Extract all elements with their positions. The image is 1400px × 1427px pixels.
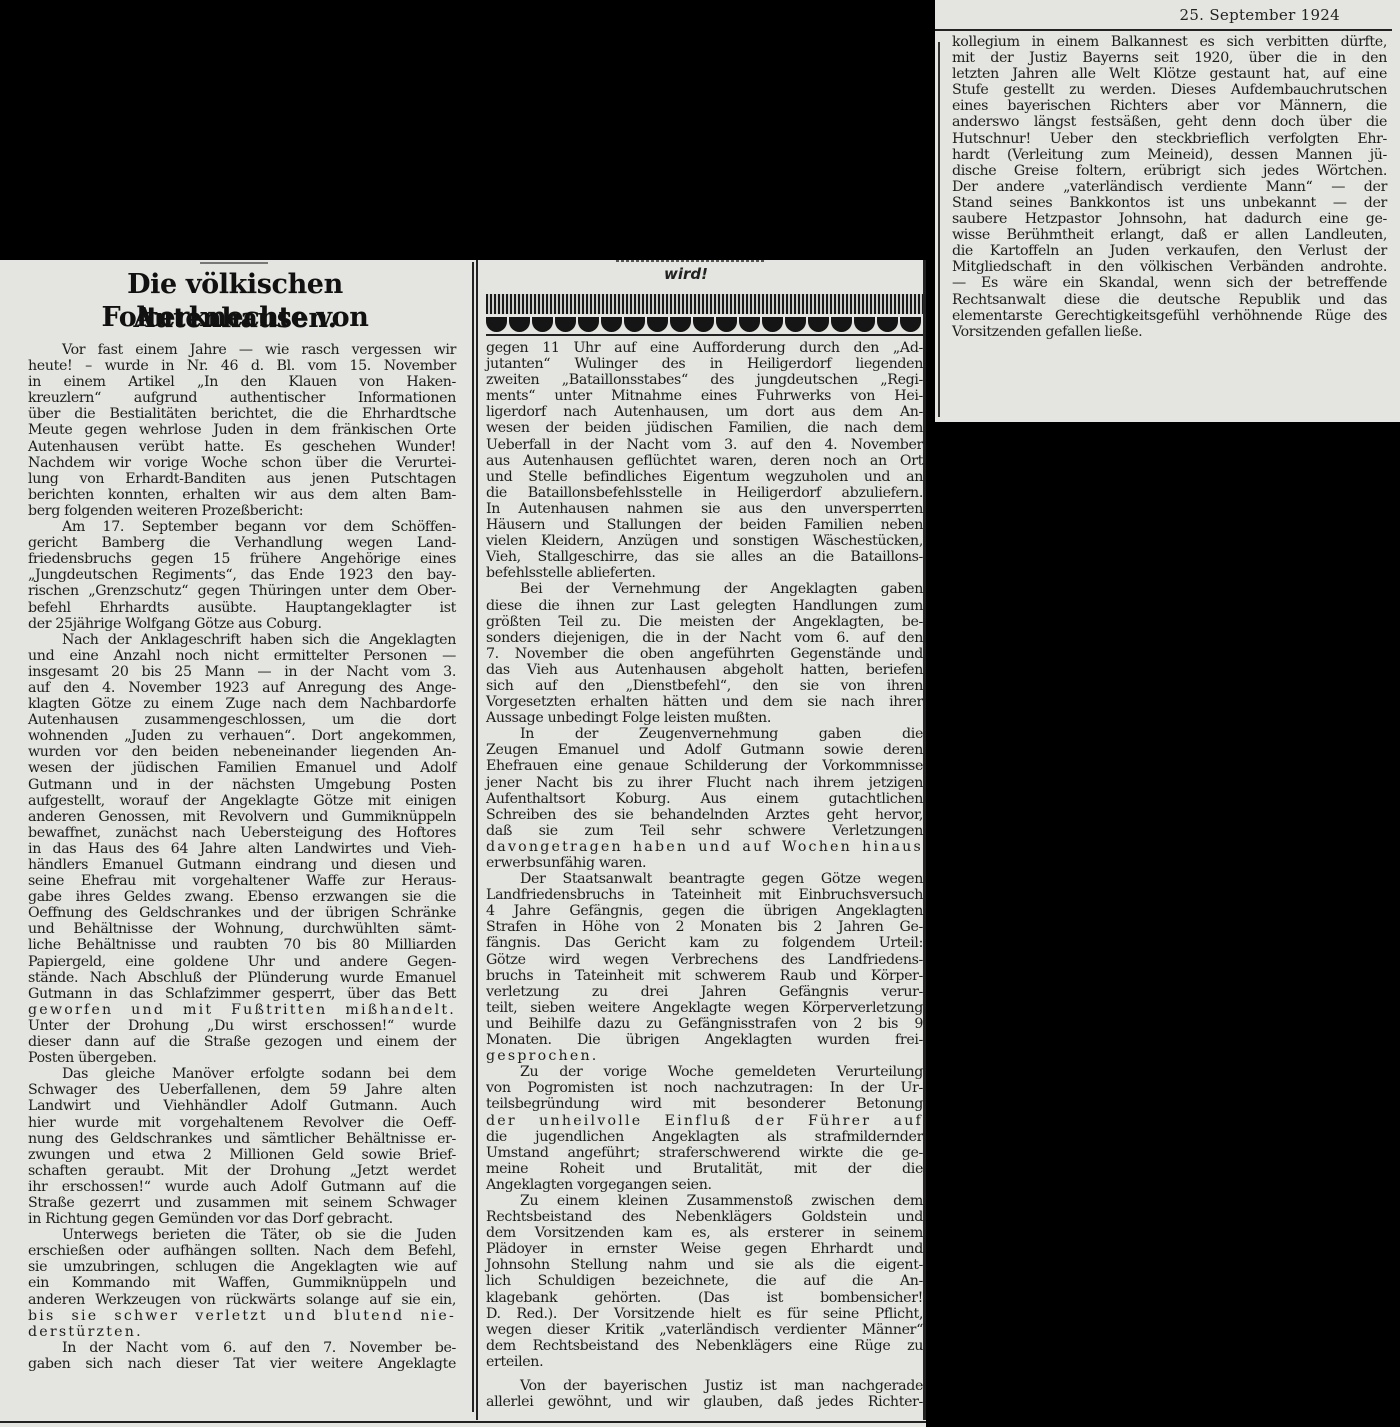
text-line: — Es wäre ein Skandal, wenn sich der bet… xyxy=(952,275,1387,291)
text-line: gesprochen. xyxy=(486,1048,923,1064)
text-line: fängnis. Das Gericht kam zu folgendem Ur… xyxy=(486,935,923,951)
article-headline-continued: Autenhausen. xyxy=(20,302,450,335)
clipping-continuation: 25. September 1924 kollegium in einem Ba… xyxy=(935,0,1400,422)
text-line: Nach der Anklageschrift haben sich die A… xyxy=(28,632,456,648)
text-line: Schreiben des sie behandelnden Arztes ge… xyxy=(486,807,923,823)
text-line: wurden vor den beiden nebeneinander lieg… xyxy=(28,744,456,760)
text-line: In der Zeugenvernehmung gaben die xyxy=(486,726,923,742)
text-line: wohnenden „Juden zu verhauen“. Dort ange… xyxy=(28,728,456,744)
text-line: In Autenhausen nahmen sie aus den unvers… xyxy=(486,501,923,517)
text-line: ligerdorf nach Autenhausen, um dort aus … xyxy=(486,404,923,420)
text-line: erteilen. xyxy=(486,1354,923,1370)
text-line: Rechtsbeistand des Nebenklägers Goldstei… xyxy=(486,1209,923,1225)
cut-heading-fragment: wird! xyxy=(476,265,896,283)
text-line: zwungen und etwa 2 Millionen Geld sowie … xyxy=(28,1147,456,1163)
text-line: Unterwegs berieten die Täter, ob sie die… xyxy=(28,1227,456,1243)
text-line: in das Haus des 64 Jahre alten Landwirte… xyxy=(28,841,456,857)
article-continuation: wird! gegen 11 Uhr auf eine Aufforderung… xyxy=(476,260,926,1427)
column-rule xyxy=(938,42,940,417)
text-line: gericht Bamberg die Verhandlung wegen La… xyxy=(28,535,456,551)
column-rule xyxy=(472,262,474,1412)
text-line: saubere Hetzpastor Johnsohn, hat dadurch… xyxy=(952,211,1387,227)
text-line: Mitgliedschaft in den völkischen Verbänd… xyxy=(952,259,1387,275)
text-line: Meute gegen wehrlose Juden in dem fränki… xyxy=(28,422,456,438)
cut-off-heading xyxy=(616,260,766,262)
text-line: Vieh, Stallgeschirre, das sie alles an d… xyxy=(486,549,923,565)
text-line: Autenhausen zusammengeschlossen, um die … xyxy=(28,712,456,728)
text-line: berg folgenden weiteren Prozeßbericht: xyxy=(28,503,456,519)
paragraph-second-attack: Das gleiche Manöver erfolgte sodann bei … xyxy=(28,1066,456,1227)
text-line: teilsbegründung wird mit besonderer Beto… xyxy=(486,1096,923,1112)
text-line: und Behältnisse der Wohnung, durchwühlte… xyxy=(28,921,456,937)
text-line: Aussage unbedingt Folge leisten mußten. xyxy=(486,710,923,726)
text-line: Landwirt und Viehhändler Adolf Gutmann. … xyxy=(28,1098,456,1114)
text-line: Unter der Drohung „Du wirst erschossen!“… xyxy=(28,1018,456,1034)
text-line: befehl Ehrhardts ausübte. Hauptangeklagt… xyxy=(28,600,456,616)
text-line: In der Nacht vom 6. auf den 7. November … xyxy=(28,1340,456,1356)
text-line: kreuzlern“ aufgrund authentischer Inform… xyxy=(28,390,456,406)
text-line: dem Rechtsbeistand des Nebenklägers eine… xyxy=(486,1338,923,1354)
text-line: von Pogromisten ist noch nachzutragen: I… xyxy=(486,1080,923,1096)
text-line: liche Behältnisse und raubten 70 bis 80 … xyxy=(28,937,456,953)
text-line: Zeugen Emanuel und Adolf Gutmann sowie d… xyxy=(486,742,923,758)
text-line: die Bataillonsbefehlsstelle in Heiligerd… xyxy=(486,485,923,501)
text-line: wegen dieser Kritik „vaterländisch verdi… xyxy=(486,1322,923,1338)
text-line: letzten Jahren alle Welt Klötze gestaunt… xyxy=(952,66,1387,82)
text-line: insgesamt 20 bis 25 Mann — in der Nacht … xyxy=(28,664,456,680)
column-rule-right xyxy=(923,260,926,1420)
header-rule xyxy=(935,29,1392,31)
paragraph-reasoning: Zu der vorige Woche gemeldeten Verurteil… xyxy=(486,1064,923,1193)
paragraph-intro: Vor fast einem Jahre — wie rasch vergess… xyxy=(28,342,456,519)
text-line: Das gleiche Manöver erfolgte sodann bei … xyxy=(28,1066,456,1082)
text-line: heute! – wurde in Nr. 46 d. Bl. vom 15. … xyxy=(28,358,456,374)
text-line: Vorgesetzten erhalten hätten und dem sie… xyxy=(486,694,923,710)
text-line: dem Vorsitzenden kam es, als ersterer in… xyxy=(486,1225,923,1241)
text-line: sonders diejenigen, die in der Nacht vom… xyxy=(486,630,923,646)
text-line: und eine Anzahl noch nicht ermittelter P… xyxy=(28,648,456,664)
text-line: wesen der jüdischen Familien Emanuel und… xyxy=(28,760,456,776)
text-line: Straße gezerrt und zusammen mit seinem S… xyxy=(28,1195,456,1211)
text-line: klagten Götze zu einem Zuge nach dem Nac… xyxy=(28,696,456,712)
text-line: dieser dann auf die Straße gezogen und e… xyxy=(28,1034,456,1050)
ornament-bars xyxy=(486,294,923,314)
text-line: Johnsohn Stellung nahm und sie als die e… xyxy=(486,1257,923,1273)
text-line: Am 17. September begann vor dem Schöffen… xyxy=(28,519,456,535)
text-line: Der Staatsanwalt beantragte gegen Götze … xyxy=(486,871,923,887)
paragraph-indictment: Nach der Anklageschrift haben sich die A… xyxy=(28,632,456,1067)
text-line: verletzung zu drei Jahren Gefängnis veru… xyxy=(486,984,923,1000)
text-line: ein Kommando mit Waffen, Gummiknüppeln u… xyxy=(28,1275,456,1291)
bottom-rule xyxy=(476,1421,926,1423)
text-line: lich Schuldigen bezeichnete, die auf die… xyxy=(486,1273,923,1289)
text-line: bis sie schwer verletzt und blutend nie- xyxy=(28,1308,456,1324)
text-line: jener Nacht bis zu ihrer Flucht nach ihr… xyxy=(486,775,923,791)
text-line: Vor fast einem Jahre — wie rasch vergess… xyxy=(28,342,456,358)
text-line: anderen Werkzeugen von rückwärts solange… xyxy=(28,1292,456,1308)
text-line: D. Red.). Der Vorsitzende hielt es für s… xyxy=(486,1306,923,1322)
text-line: hardt (Verleitung zum Meineid), dessen M… xyxy=(952,147,1387,163)
text-line: jutanten“ Wulinger des in Heiligerdorf l… xyxy=(486,356,923,372)
text-line: berichten konnten, erhalten wir aus dem … xyxy=(28,487,456,503)
text-line: Angeklagten vorgegangen seien. xyxy=(486,1177,923,1193)
text-line: Aufenthaltsort Koburg. Aus einem gutacht… xyxy=(486,791,923,807)
text-line: und Stelle befindliches Eigentum wegzuho… xyxy=(486,469,923,485)
paragraph-looting: gegen 11 Uhr auf eine Aufforderung durch… xyxy=(486,340,923,581)
text-line: allerlei gewöhnt, und wir glauben, daß j… xyxy=(486,1394,923,1410)
text-line: ments“ unter Mitnahme eines Fuhrwerks vo… xyxy=(486,388,923,404)
article-body: Vor fast einem Jahre — wie rasch vergess… xyxy=(28,342,456,1372)
text-line: Rechtsanwalt diese die deutsche Republik… xyxy=(952,292,1387,308)
article-clipping: Die völkischen Folterknechte von Autenha… xyxy=(0,260,476,1427)
text-line: Gutmann und in der nächsten Umgebung Pos… xyxy=(28,777,456,793)
text-line: Zu der vorige Woche gemeldeten Verurteil… xyxy=(486,1064,923,1080)
text-line: Schwager des Ueberfallenen, dem 59 Jahre… xyxy=(28,1082,456,1098)
continuation-body: gegen 11 Uhr auf eine Aufforderung durch… xyxy=(486,340,923,1410)
text-line: daß sie zum Teil sehr schwere Verletzung… xyxy=(486,823,923,839)
text-line: nung des Geldschrankes und sämtlicher Be… xyxy=(28,1131,456,1147)
issue-date: 25. September 1924 xyxy=(1180,6,1341,24)
text-line: Ehefrauen eine genaue Schilderung der Vo… xyxy=(486,758,923,774)
paragraph-witnesses: In der Zeugenvernehmung gaben die Zeugen… xyxy=(486,726,923,871)
text-line: stände. Nach Abschluß der Plünderung wur… xyxy=(28,970,456,986)
text-line: Von der bayerischen Justiz ist man nachg… xyxy=(486,1378,923,1394)
paragraph-bavarian-justice: Von der bayerischen Justiz ist man nachg… xyxy=(486,1378,923,1410)
text-line: 4 Jahre Gefängnis, gegen die übrigen Ang… xyxy=(486,903,923,919)
text-line: Stufe gestellt zu werden. Dieses Aufdemb… xyxy=(952,82,1387,98)
text-line: schaften geraubt. Mit der Drohung „Jetzt… xyxy=(28,1163,456,1179)
text-line: Bei der Vernehmung der Angeklagten gaben xyxy=(486,581,923,597)
text-line: Strafen in Höhe von 2 Monaten bis 2 Jahr… xyxy=(486,919,923,935)
paragraph-night: In der Nacht vom 6. auf den 7. November … xyxy=(28,1340,456,1372)
text-line: lung von Erhardt-Banditen aus jenen Puts… xyxy=(28,471,456,487)
text-line: Götze wird wegen Verbrechens des Landfri… xyxy=(486,952,923,968)
text-line: größten Teil zu. Die meisten der Angekla… xyxy=(486,614,923,630)
text-line: Umstand angeführt; straferschwerend wirk… xyxy=(486,1145,923,1161)
text-line: Posten übergeben. xyxy=(28,1050,456,1066)
continuation-text: kollegium in einem Balkannest es sich ve… xyxy=(952,34,1387,340)
column-rule-left xyxy=(476,260,478,1420)
text-line: gegen 11 Uhr auf eine Aufforderung durch… xyxy=(486,340,923,356)
text-line: in Richtung gegen Gemünden vor das Dorf … xyxy=(28,1211,456,1227)
text-line: Ueberfall in der Nacht vom 3. auf den 4.… xyxy=(486,437,923,453)
paragraph-trial: Am 17. September begann vor dem Schöffen… xyxy=(28,519,456,632)
text-line: seine Ehefrau mit vorgehaltener Waffe zu… xyxy=(28,873,456,889)
text-line: die Kartoffeln an Juden verkaufen, den V… xyxy=(952,243,1387,259)
text-line: auf den 4. November 1923 auf Anregung de… xyxy=(28,680,456,696)
text-line: händlers Emanuel Gutmann eindrang und di… xyxy=(28,857,456,873)
text-line: kollegium in einem Balkannest es sich ve… xyxy=(952,34,1387,50)
text-line: vielen Kleidern, Anzügen und sonstigen W… xyxy=(486,533,923,549)
text-line: meine Roheit und Brutalität, mit der die xyxy=(486,1161,923,1177)
paragraph: kollegium in einem Balkannest es sich ve… xyxy=(952,34,1387,340)
text-line: Autenhausen verübt hatte. Es geschehen W… xyxy=(28,439,456,455)
text-line: elementarste Gerechtigkeitsgefühl verhöh… xyxy=(952,308,1387,324)
ornament-scallops xyxy=(486,317,923,332)
text-line: wisse Berühmtheit erlangt, daß er allen … xyxy=(952,227,1387,243)
text-line: das Vieh aus Autenhausen abgeholt hatten… xyxy=(486,662,923,678)
paragraph-beating: Unterwegs berieten die Täter, ob sie die… xyxy=(28,1227,456,1340)
text-line: sich auf den „Dienstbefehl“, den sie von… xyxy=(486,678,923,694)
text-line: befehlsstelle ablieferten. xyxy=(486,565,923,581)
text-line: über die Bestialitäten berichtet, die di… xyxy=(28,406,456,422)
text-line: Häusern und Stallungen der beiden Famili… xyxy=(486,517,923,533)
text-line: Papiergeld, eine goldene Uhr und andere … xyxy=(28,954,456,970)
text-line: Hutschnur! Ueber den steckbrieflich verf… xyxy=(952,131,1387,147)
text-line: anderen Genossen, mit Revolvern und Gumm… xyxy=(28,809,456,825)
bottom-rule xyxy=(0,1421,476,1423)
text-line: anderswo längst festsäßen, geht denn doc… xyxy=(952,114,1387,130)
text-line: geworfen und mit Fußtritten mißhandelt. xyxy=(28,1002,456,1018)
text-line: Der andere „vaterländisch verdiente Mann… xyxy=(952,179,1387,195)
text-line: Nachdem wir vorige Woche schon über die … xyxy=(28,455,456,471)
text-line: davongetragen haben und auf Wochen hinau… xyxy=(486,839,923,855)
text-line: Stand seines Bankkontos ist uns unbekann… xyxy=(952,195,1387,211)
text-line: Plädoyer in ernster Weise gegen Ehrhardt… xyxy=(486,1241,923,1257)
text-line: bewaffnet, zunächst nach Uebersteigung d… xyxy=(28,825,456,841)
text-line: diese die ihnen zur Last gelegten Handlu… xyxy=(486,598,923,614)
paragraph-interrogation: Bei der Vernehmung der Angeklagten gaben… xyxy=(486,581,923,726)
text-line: friedensbruchs gegen 15 frühere Angehöri… xyxy=(28,551,456,567)
text-line: ihr erschossen!“ wurde auch Adolf Gutman… xyxy=(28,1179,456,1195)
text-line: Vorsitzenden gefallen ließe. xyxy=(952,324,1387,340)
cut-rule xyxy=(200,262,268,264)
text-line: Monaten. Die übrigen Angeklagten wurden … xyxy=(486,1032,923,1048)
text-line: hier wurde mit vorgehaltenem Revolver di… xyxy=(28,1115,456,1131)
text-line: sie umzubringen, schlugen die Angeklagte… xyxy=(28,1259,456,1275)
text-line: Gutmann in das Schlafzimmer gesperrt, üb… xyxy=(28,986,456,1002)
text-line: erwerbsunfähig waren. xyxy=(486,855,923,871)
paragraph-verdict: Der Staatsanwalt beantragte gegen Götze … xyxy=(486,871,923,1064)
text-line: derstürzten. xyxy=(28,1324,456,1340)
text-line: klagebank gehörten. (Das ist bombensiche… xyxy=(486,1290,923,1306)
text-line: aus Autenhausen geflüchtet waren, deren … xyxy=(486,453,923,469)
text-line: die jugendlichen Angeklagten als strafmi… xyxy=(486,1129,923,1145)
text-line: der unheilvolle Einfluß der Führer auf xyxy=(486,1113,923,1129)
paragraph-clash: Zu einem kleinen Zusammenstoß zwischen d… xyxy=(486,1193,923,1370)
ornament-rule xyxy=(486,334,923,336)
text-line: eines bayerischen Richters aber vor Männ… xyxy=(952,98,1387,114)
text-line: „Jungdeutschen Regiments“, das Ende 1923… xyxy=(28,567,456,583)
text-line: dische Greise foltern, erübrigt sich jed… xyxy=(952,163,1387,179)
text-line: Zu einem kleinen Zusammenstoß zwischen d… xyxy=(486,1193,923,1209)
text-line: Oeffnung des Geldschrankes und der übrig… xyxy=(28,905,456,921)
text-line: der 25jährige Wolfgang Götze aus Coburg. xyxy=(28,616,456,632)
text-line: rischen „Grenzschutz“ gegen Thüringen un… xyxy=(28,583,456,599)
text-line: Landfriedensbruchs in Tateinheit mit Ein… xyxy=(486,887,923,903)
text-line: wesen der beiden jüdischen Familien, die… xyxy=(486,420,923,436)
text-line: gabe ihres Geldes zwang. Ebenso erzwange… xyxy=(28,889,456,905)
text-line: aufgestellt, worauf der Angeklagte Götze… xyxy=(28,793,456,809)
text-line: 7. November die oben angeführten Gegenst… xyxy=(486,646,923,662)
text-line: bruchs in Tateinheit mit schwerem Raub u… xyxy=(486,968,923,984)
text-line: gaben sich nach dieser Tat vier weitere … xyxy=(28,1356,456,1372)
text-line: in einem Artikel „In den Klauen von Hake… xyxy=(28,374,456,390)
text-line: mit der Justiz Bayerns seit 1920, über d… xyxy=(952,50,1387,66)
text-line: teilt, sieben weitere Angeklagte wegen K… xyxy=(486,1000,923,1016)
text-line: zweiten „Bataillonsstabes“ des jungdeuts… xyxy=(486,372,923,388)
text-line: erschießen oder aufhängen sollten. Nach … xyxy=(28,1243,456,1259)
text-line: und Beihilfe dazu zu Gefängnisstrafen vo… xyxy=(486,1016,923,1032)
